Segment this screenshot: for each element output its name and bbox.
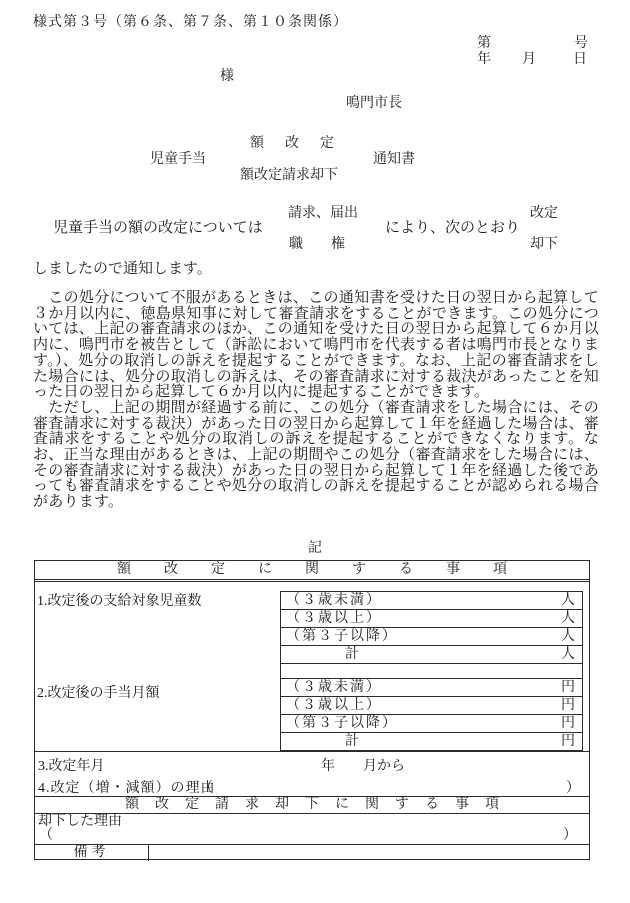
item3-label: 3.改定年月 (38, 755, 105, 775)
form-number: 様式第３号（第６条、第７条、第１０条関係） (33, 15, 348, 31)
date-year-label: 年 (477, 52, 491, 68)
doc-number-suffix: 号 (574, 36, 588, 52)
item4-paren-open: （ (199, 777, 213, 797)
notice-table: 額改定に関する事項 1.改定後の支給対象児童数 2.改定後の手当月額 （３歳未満… (34, 560, 590, 860)
lead-text-3: しましたので通知します。 (33, 261, 212, 277)
amount-row-third-child: （第３子以降） 円 (281, 715, 582, 733)
item1-label: 1.改定後の支給対象児童数 (37, 590, 202, 610)
remarks-value (149, 845, 589, 861)
ki-marker: 記 (0, 537, 630, 557)
lead-option-revised: 改定 (530, 206, 558, 222)
amount-row-over3: （３歳以上） 円 (281, 697, 582, 715)
count-row-total: 計 人 (281, 646, 582, 664)
items-1-2-area: 1.改定後の支給対象児童数 2.改定後の手当月額 （３歳未満） 人 （３歳以上）… (35, 582, 589, 751)
issuer-name: 鳴門市長 (346, 96, 402, 112)
item2-label: 2.改定後の手当月額 (37, 682, 160, 702)
title-left: 児童手当 (150, 152, 206, 168)
title-option-rejection: 額改定請求却下 (240, 168, 338, 184)
section2-header: 額改定請求却下に関する事項 (35, 796, 589, 813)
item4-paren-close: ） (566, 777, 580, 797)
title-right: 通知書 (373, 152, 415, 168)
count-row-third-child: （第３子以降） 人 (281, 628, 582, 646)
rejection-paren-open: （ (39, 828, 53, 844)
spacer-row (281, 664, 582, 679)
appeal-paragraph-1: この処分について不服があるときは、この通知書を受けた日の翌日から起算して３か月以… (33, 291, 599, 401)
lead-text-2: により、次のとおり (385, 220, 520, 236)
rejection-paren-close: ） (563, 828, 577, 844)
appeal-paragraph-2: ただし、上記の期間が経過する前に、この処分（審査請求をした場合には、その審査請求… (33, 401, 599, 511)
amount-row-under3: （３歳未満） 円 (281, 679, 582, 697)
item4-label: 4.改定（増・減額）の理由 (38, 777, 216, 797)
items-3-4-row: 3.改定年月 年 月から 4.改定（増・減額）の理由 （ ） (35, 751, 589, 796)
remarks-label: 備考 (35, 845, 149, 861)
amount-row-total: 計 円 (281, 733, 582, 750)
title-option-amount-revision: 額改定 (250, 136, 355, 152)
date-day-label: 日 (573, 52, 587, 68)
lead-text-1: 児童手当の額の改定については (53, 220, 263, 236)
lead-option-authority: 職 権 (289, 237, 345, 253)
doc-number-prefix: 第 (477, 36, 491, 52)
date-month-label: 月 (522, 52, 536, 68)
addressee-honorific: 様 (220, 69, 234, 85)
lead-option-rejected: 却下 (530, 237, 558, 253)
count-row-under3: （３歳未満） 人 (281, 592, 582, 610)
lead-option-claim-notification: 請求、届出 (288, 206, 358, 222)
section1-header: 額改定に関する事項 (35, 561, 589, 582)
remarks-row: 備考 (35, 844, 589, 861)
document-page: 様式第３号（第６条、第７条、第１０条関係） 第 号 年 月 日 様 鳴門市長 児… (0, 0, 630, 903)
rejection-reason-row: 却下した理由 （ ） (35, 813, 589, 844)
appeal-notice: この処分について不服があるときは、この通知書を受けた日の翌日から起算して３か月以… (33, 291, 599, 511)
counts-amounts-table: （３歳未満） 人 （３歳以上） 人 （第３子以降） 人 計 人 （３歳未満） (280, 591, 583, 751)
count-row-over3: （３歳以上） 人 (281, 610, 582, 628)
item3-value: 年 月から (321, 755, 405, 775)
